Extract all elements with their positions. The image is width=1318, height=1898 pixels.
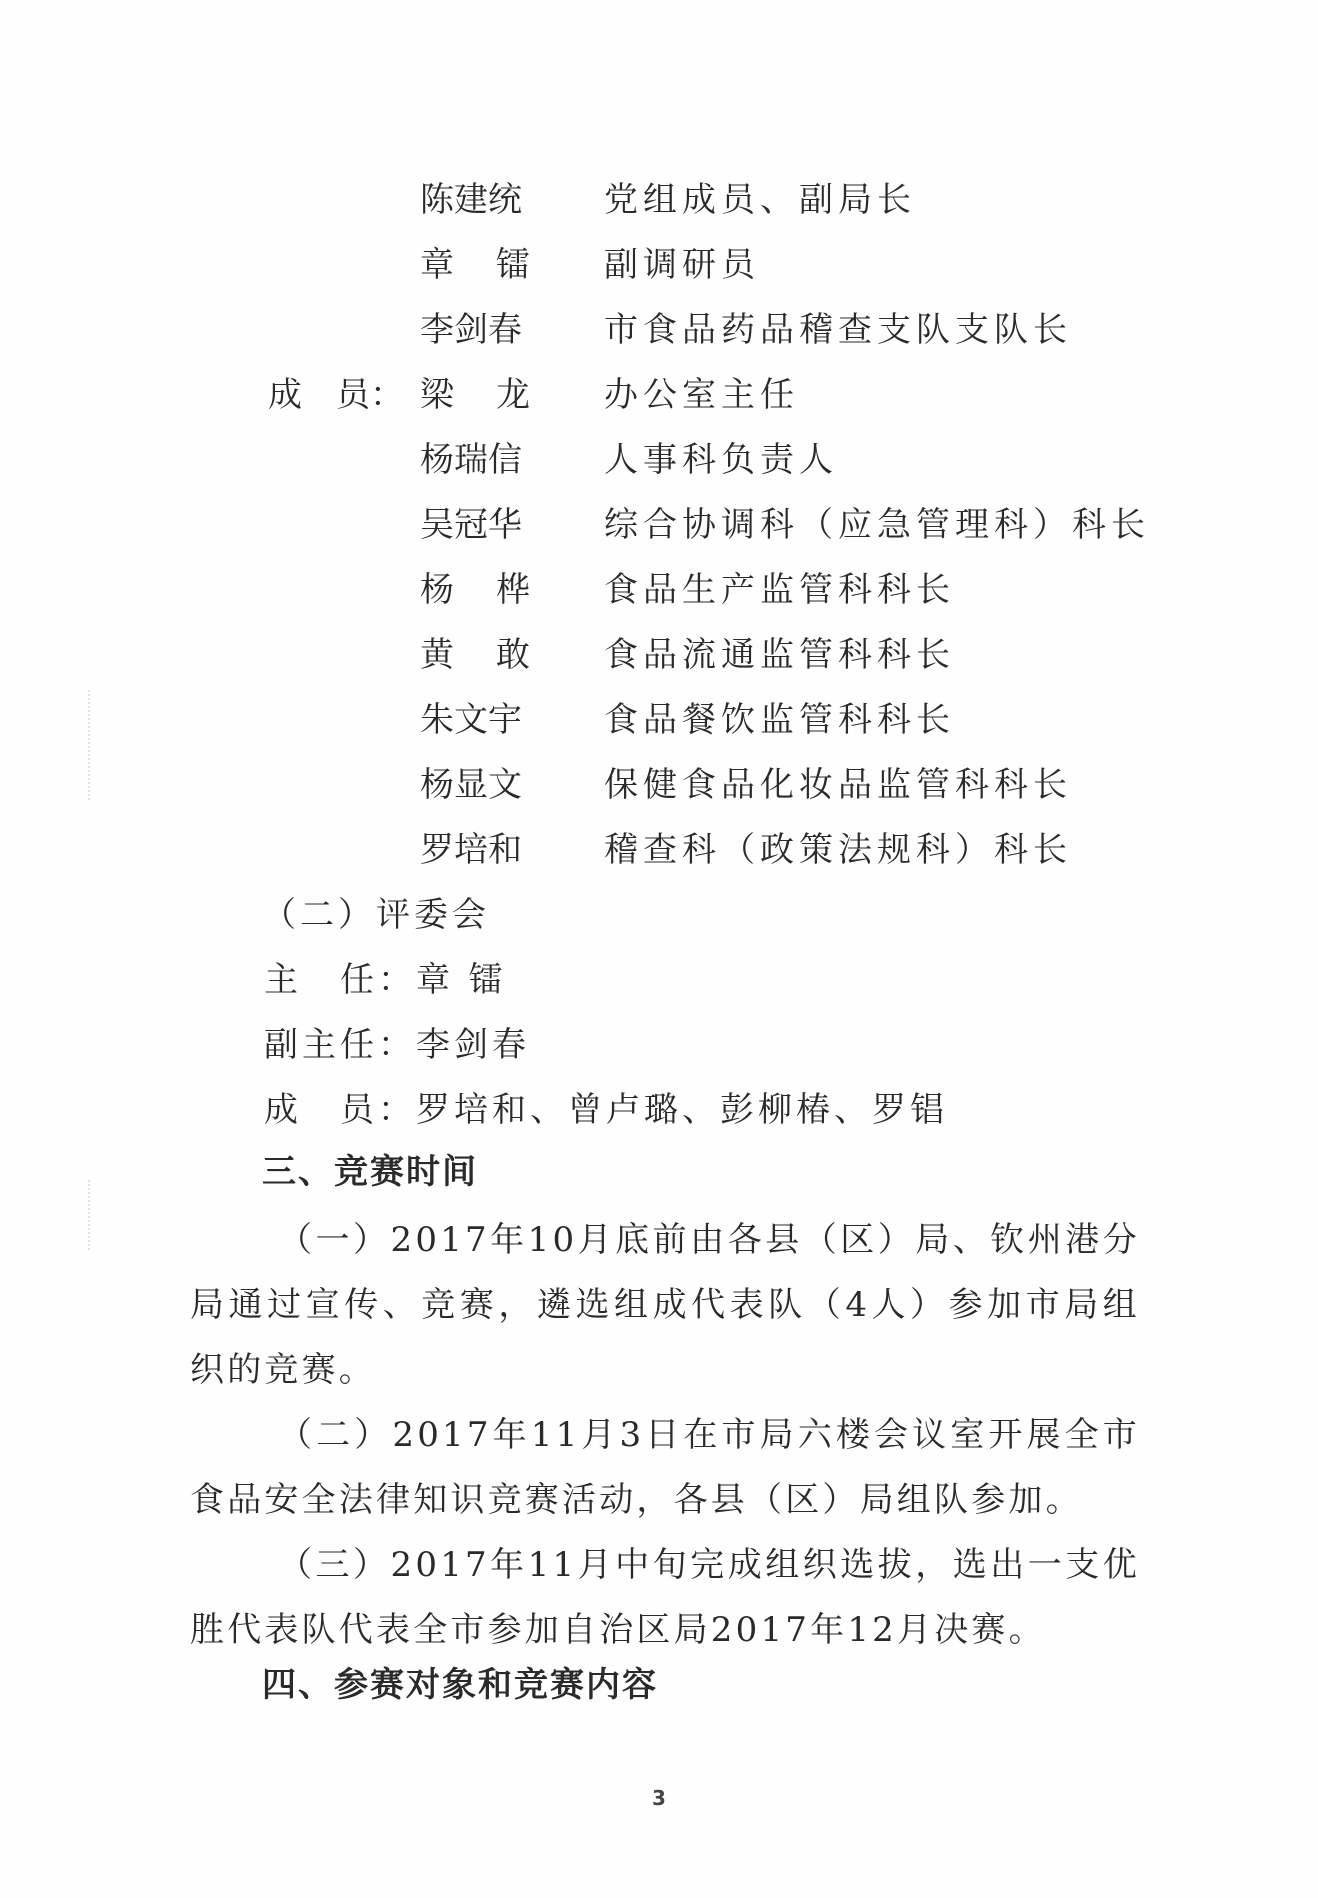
person-name: 黄 敢 — [420, 635, 530, 675]
document-page: 陈建统 党组成员、副局长 章 镭 副调研员 李剑春 市食品药品稽查支队支队长 成… — [0, 0, 1318, 1898]
person-title: 市食品药品稽查支队支队长 — [604, 310, 1072, 350]
person-title: 综合协调科（应急管理科）科长 — [604, 505, 1150, 545]
name-char: 敢 — [496, 635, 530, 675]
name-char: 桦 — [496, 570, 530, 610]
name-char: 梁 — [420, 375, 454, 415]
person-name: 杨 桦 — [420, 570, 530, 610]
person-name: 梁 龙 — [420, 375, 530, 415]
name-char: 杨 — [420, 570, 454, 610]
person-title: 稽查科（政策法规科）科长 — [604, 830, 1072, 870]
person-name: 杨瑞信 — [420, 440, 530, 480]
paragraph: （一）2017年10月底前由各县（区）局、钦州港分局通过宣传、竞赛，遴选组成代表… — [190, 1208, 1140, 1403]
person-title: 食品流通监管科科长 — [604, 635, 955, 675]
name-char: 章 — [420, 245, 454, 285]
paragraph: （三）2017年11月中旬完成组织选拔，选出一支优胜代表队代表全市参加自治区局2… — [190, 1533, 1140, 1663]
name-char: 龙 — [496, 375, 530, 415]
scan-noise — [88, 690, 104, 800]
person-name: 朱文宇 — [420, 700, 530, 740]
committee-members: 成 员：罗培和、曾卢璐、彭柳椿、罗锠 — [264, 1090, 948, 1130]
person-title: 保健食品化妆品监管科科长 — [604, 765, 1072, 805]
paragraph: （二）2017年11月3日在市局六楼会议室开展全市食品安全法律知识竞赛活动，各县… — [190, 1403, 1140, 1533]
name-char: 黄 — [420, 635, 454, 675]
section-heading: 四、参赛对象和竞赛内容 — [262, 1665, 658, 1705]
person-title: 食品生产监管科科长 — [604, 570, 955, 610]
person-title: 人事科负责人 — [604, 440, 838, 480]
committee-director: 主 任：章 镭 — [264, 960, 507, 1000]
person-name: 罗培和 — [420, 830, 530, 870]
committee-deputy-director: 副主任：李剑春 — [264, 1025, 530, 1065]
person-title: 副调研员 — [604, 245, 760, 285]
person-title: 党组成员、副局长 — [604, 180, 916, 220]
scan-noise — [88, 1180, 104, 1250]
subsection-heading: （二）评委会 — [262, 895, 490, 935]
name-char: 镭 — [496, 245, 530, 285]
person-name: 李剑春 — [420, 310, 530, 350]
person-name: 杨显文 — [420, 765, 530, 805]
page-number: 3 — [652, 1786, 666, 1810]
person-title: 食品餐饮监管科科长 — [604, 700, 955, 740]
members-label: 成 员： — [268, 375, 404, 415]
person-title: 办公室主任 — [604, 375, 799, 415]
section-heading: 三、竞赛时间 — [262, 1152, 478, 1192]
person-name: 章 镭 — [420, 245, 530, 285]
person-name: 吴冠华 — [420, 505, 530, 545]
person-name: 陈建统 — [420, 180, 530, 220]
